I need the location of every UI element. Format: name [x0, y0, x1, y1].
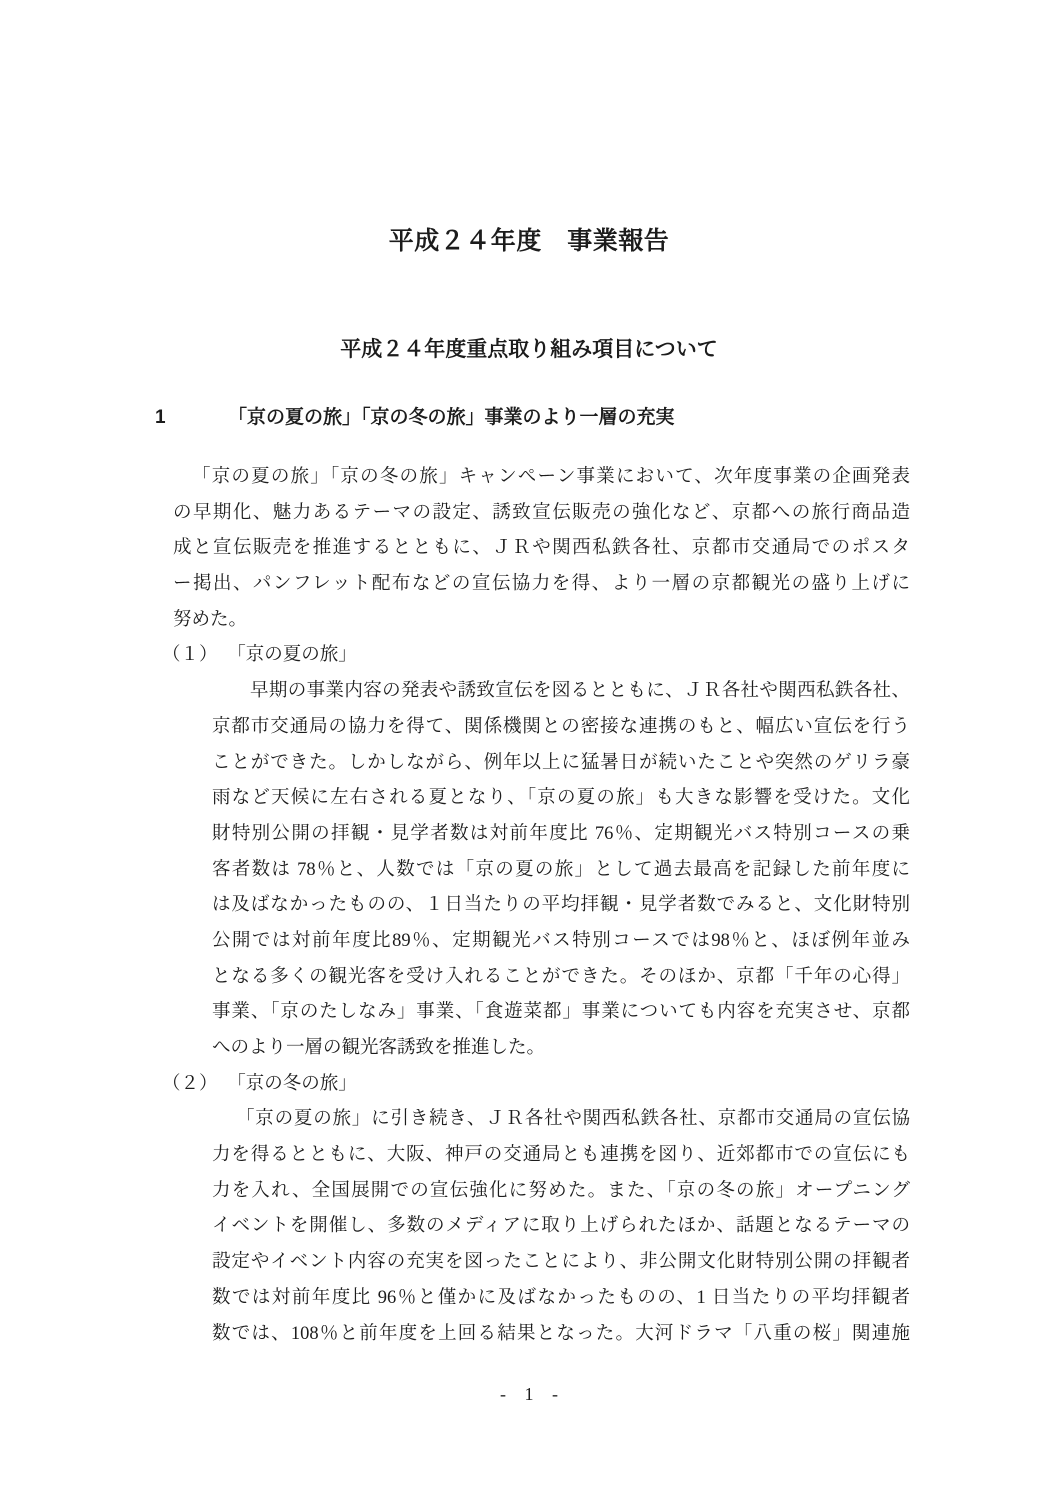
- text-line: イベントを開催し、多数のメディアに取り上げられたほか、話題となるテーマの: [212, 1209, 910, 1245]
- text-line: ことができた。しかしながら、例年以上に猛暑日が続いたことや突然のゲリラ豪: [212, 746, 910, 782]
- text-line: となる多くの観光客を受け入れることができた。そのほか、京都「千年の心得」: [212, 960, 910, 996]
- section-number: 1: [155, 400, 166, 436]
- text-line: 成と宣伝販売を推進するとともに、ＪＲや関西私鉄各社、京都市交通局でのポスタ: [173, 531, 910, 567]
- text-line: へのより一層の観光客誘致を推進した。: [212, 1031, 910, 1067]
- text-line: 数では、108％と前年度を上回る結果となった。大河ドラマ「八重の桜」関連施: [212, 1317, 910, 1353]
- text-line: 公開では対前年度比89％、定期観光バス特別コースでは98％と、ほぼ例年並み: [212, 924, 910, 960]
- text-line: ー掲出、パンフレット配布などの宣伝協力を得、より一層の京都観光の盛り上げに: [173, 567, 910, 603]
- text-line: 客者数は 78％と、人数では「京の夏の旅」として過去最高を記録した前年度に: [212, 853, 910, 889]
- item-2-label: （２）: [162, 1074, 218, 1094]
- item-1-heading: （１）「京の夏の旅」: [162, 638, 910, 674]
- text-line: 「京の夏の旅」に引き続き、ＪＲ各社や関西私鉄各社、京都市交通局の宣伝協: [212, 1102, 910, 1138]
- text-line: 財特別公開の拝観・見学者数は対前年度比 76％、定期観光バス特別コースの乗: [212, 817, 910, 853]
- text-line: 雨など天候に左右される夏となり、「京の夏の旅」も大きな影響を受けた。文化: [212, 781, 910, 817]
- text-line: 力を入れ、全国展開での宣伝強化に努めた。また、「京の冬の旅」オープニング: [212, 1174, 910, 1210]
- text-line: 「京の夏の旅」「京の冬の旅」キャンペーン事業において、次年度事業の企画発表: [173, 460, 910, 496]
- item-1-paragraph: 早期の事業内容の発表や誘致宣伝を図るとともに、ＪＲ各社や関西私鉄各社、京都市交通…: [212, 674, 910, 1067]
- text-line: 努めた。: [173, 603, 910, 639]
- item-2-paragraph: 「京の夏の旅」に引き続き、ＪＲ各社や関西私鉄各社、京都市交通局の宣伝協力を得ると…: [212, 1102, 910, 1352]
- document-page: 平成２４年度 事業報告 平成２４年度重点取り組み項目について 1「京の夏の旅」「…: [0, 0, 1058, 1497]
- text-line: の早期化、魅力あるテーマの設定、誘致宣伝販売の強化など、京都への旅行商品造: [173, 496, 910, 532]
- item-1-label: （１）: [162, 645, 218, 665]
- text-line: 力を得るとともに、大阪、神戸の交通局とも連携を図り、近郊都市での宣伝にも: [212, 1138, 910, 1174]
- page-title: 平成２４年度 事業報告: [0, 223, 1058, 259]
- page-number: - 1 -: [0, 1376, 1058, 1412]
- text-line: 数では対前年度比 96％と僅かに及ばなかったものの、1 日当たりの平均拝観者: [212, 1281, 910, 1317]
- text-line: 設定やイベント内容の充実を図ったことにより、非公開文化財特別公開の拝観者: [212, 1245, 910, 1281]
- page-subtitle: 平成２４年度重点取り組み項目について: [0, 332, 1058, 368]
- section-title: 「京の夏の旅」「京の冬の旅」事業のより一層の充実: [228, 400, 675, 436]
- text-line: 京都市交通局の協力を得て、関係機関との密接な連携のもと、幅広い宣伝を行う: [212, 710, 910, 746]
- section-heading: 1「京の夏の旅」「京の冬の旅」事業のより一層の充実: [155, 400, 675, 436]
- document-body: 「京の夏の旅」「京の冬の旅」キャンペーン事業において、次年度事業の企画発表の早期…: [173, 460, 910, 1352]
- item-2-title: 「京の冬の旅」: [237, 1074, 357, 1094]
- intro-paragraph: 「京の夏の旅」「京の冬の旅」キャンペーン事業において、次年度事業の企画発表の早期…: [173, 460, 910, 638]
- text-line: 事業、「京のたしなみ」事業、「食遊菜都」事業についても内容を充実させ、京都: [212, 995, 910, 1031]
- item-2-heading: （２）「京の冬の旅」: [162, 1067, 910, 1103]
- text-line: 早期の事業内容の発表や誘致宣伝を図るとともに、ＪＲ各社や関西私鉄各社、: [212, 674, 910, 710]
- item-1-title: 「京の夏の旅」: [237, 645, 357, 665]
- text-line: は及ばなかったものの、１日当たりの平均拝観・見学者数でみると、文化財特別: [212, 888, 910, 924]
